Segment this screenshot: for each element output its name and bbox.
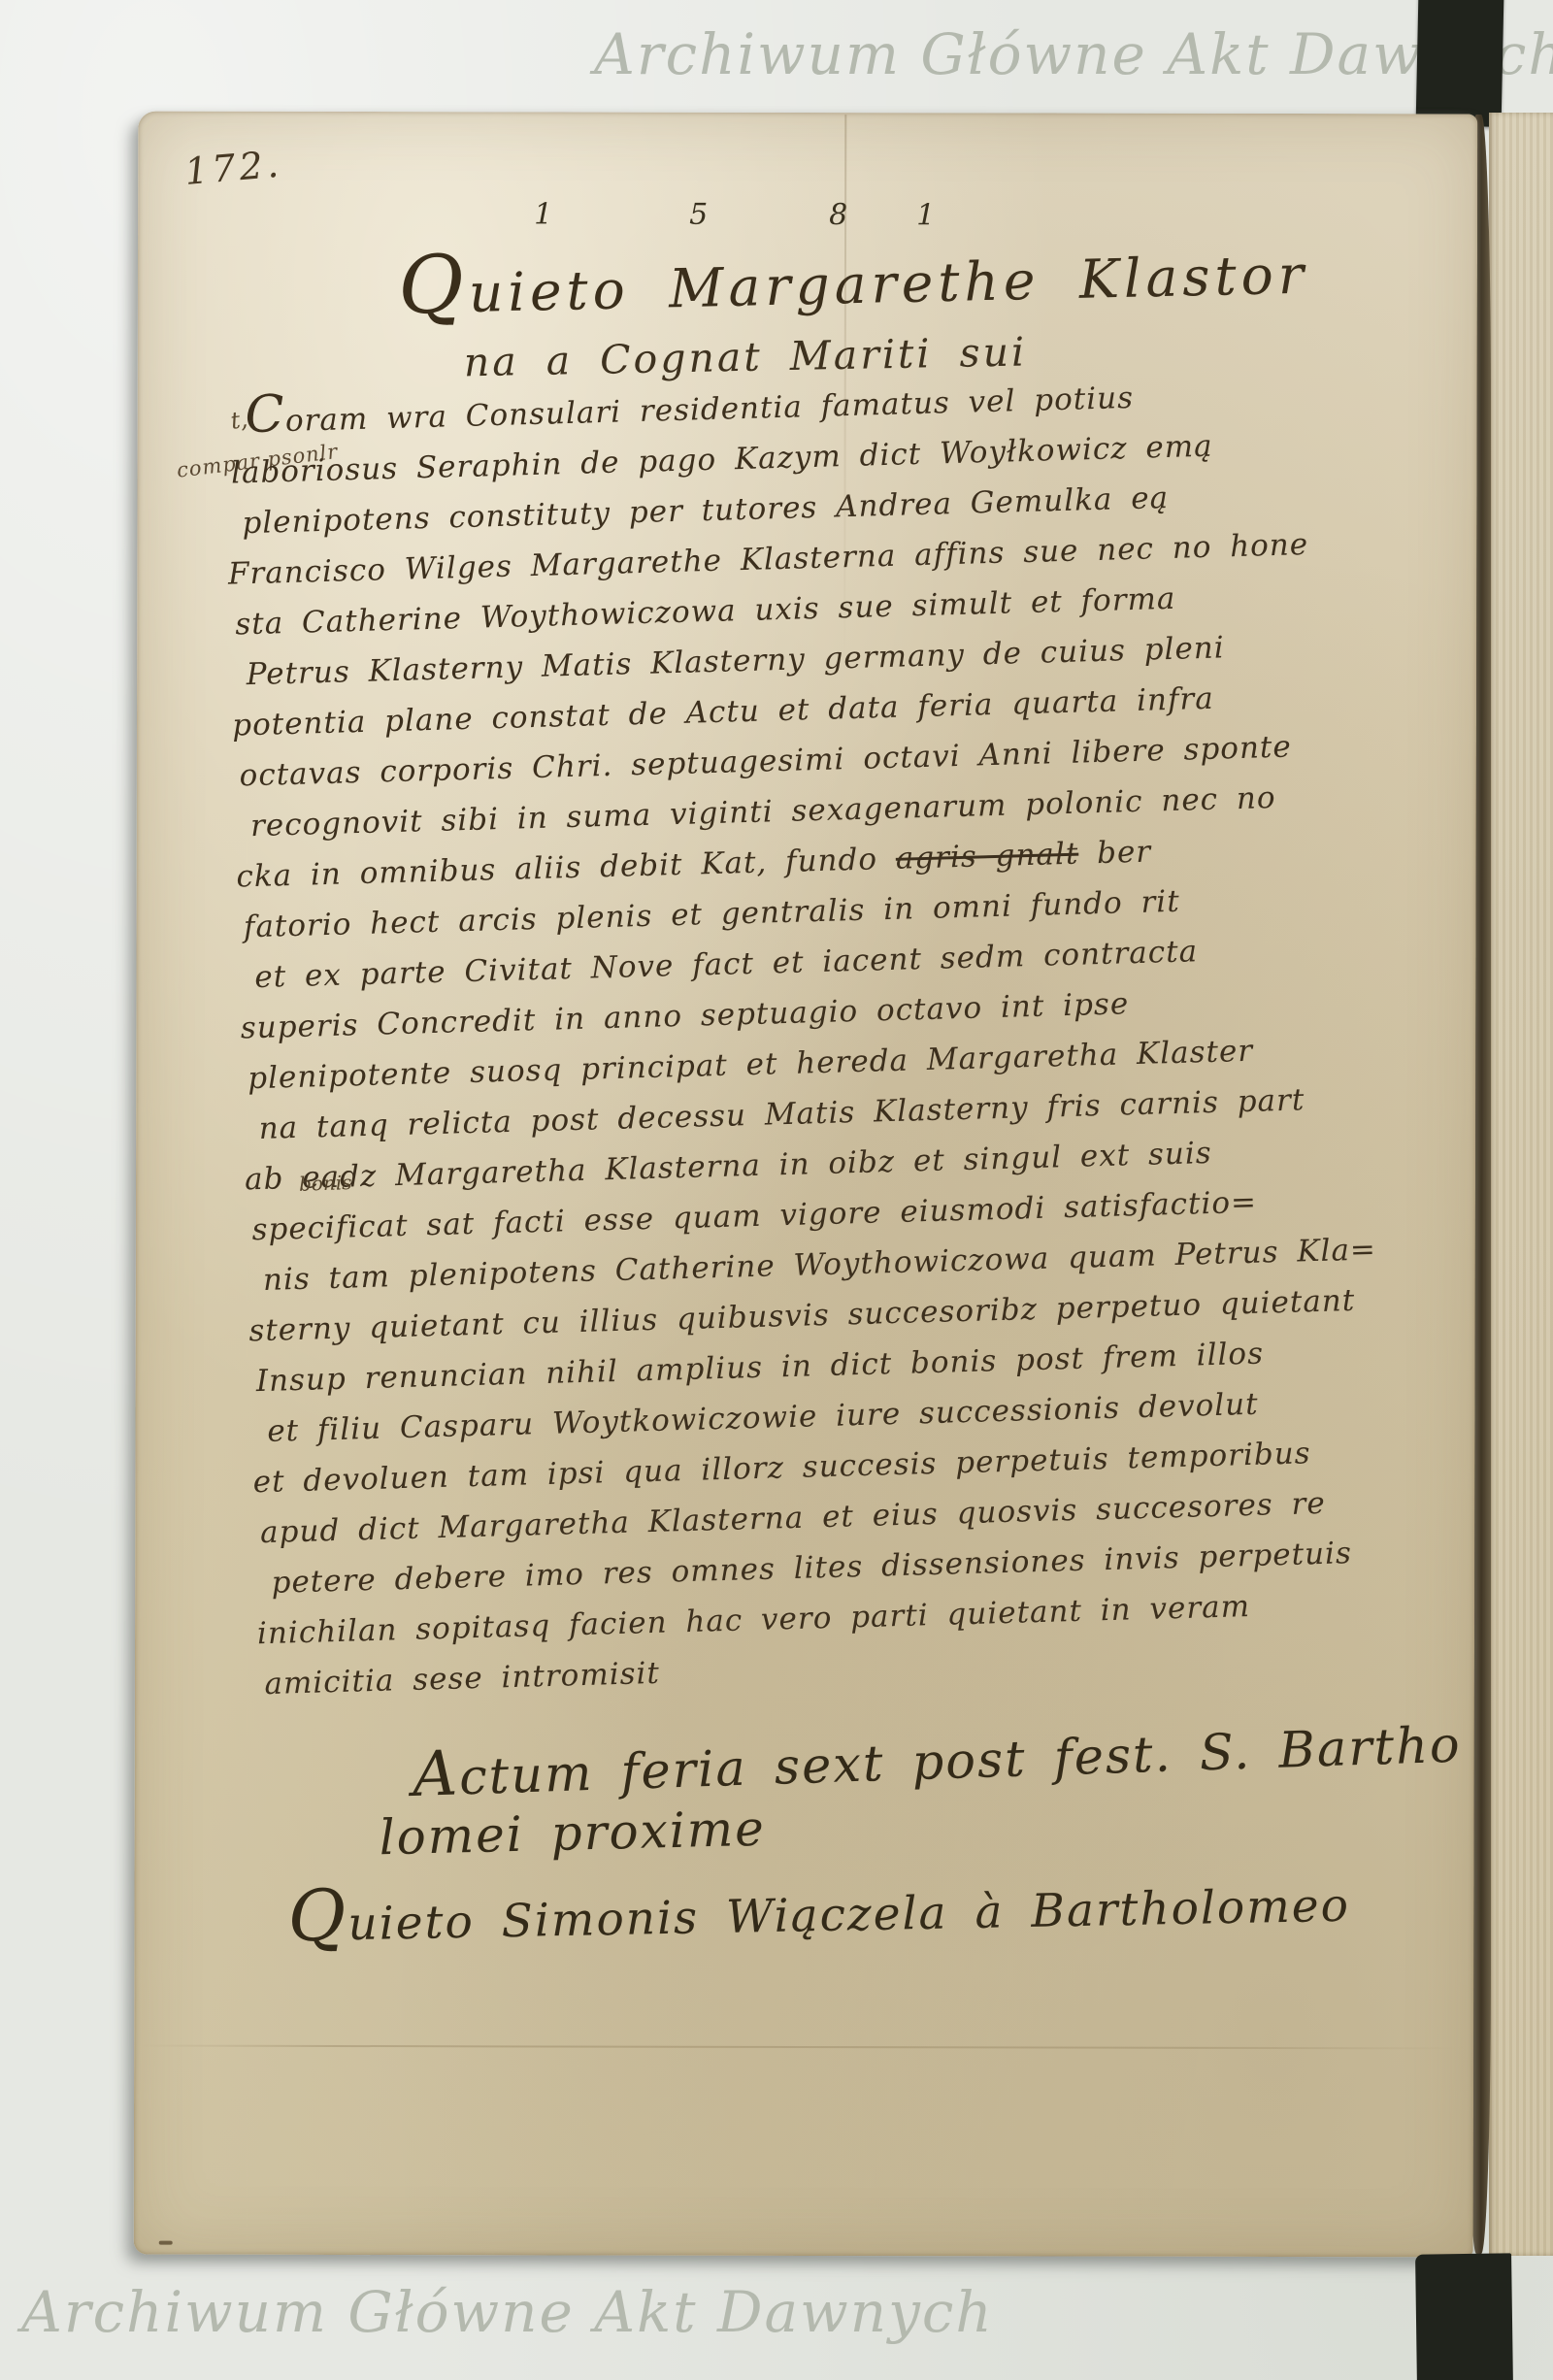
scanned-document: Archiwum Główne Akt Dawnych 172. 1 5 8 1… xyxy=(0,0,1553,2380)
archive-watermark-top: Archiwum Główne Akt Dawnych xyxy=(594,21,1553,87)
entry-title: Quieto Margarethe Klastor xyxy=(397,219,1309,333)
year-digit: 5 xyxy=(689,198,708,232)
closing-date-line2: lomei proxime xyxy=(379,1801,766,1867)
struck-text: agris gnalt xyxy=(895,837,1078,876)
scan-mark-bottom xyxy=(1415,2253,1513,2380)
ink-mark xyxy=(159,2241,173,2245)
closing-entry-line: Quieto Simonis Wiączela à Bartholomeo xyxy=(287,1856,1351,1959)
paper-crease-horizontal xyxy=(140,2045,1460,2050)
scan-mark-top xyxy=(1416,0,1504,127)
archive-watermark-bottom: Archiwum Główne Akt Dawnych xyxy=(21,2279,994,2345)
year-digit: 1 xyxy=(534,197,552,231)
closing-date-line1: Actum feria sext post fest. S. Bartho xyxy=(412,1705,1463,1811)
folio-number: 172. xyxy=(183,143,284,193)
year-digits: 1 5 8 1 xyxy=(138,112,1477,115)
interline-note: bonis xyxy=(299,1171,352,1196)
manuscript-body: Coram wra Consulari residentia famatus v… xyxy=(223,358,1453,1709)
adjacent-page-edge xyxy=(1489,113,1553,2256)
manuscript-page: 172. 1 5 8 1 Quieto Margarethe Klastor n… xyxy=(134,112,1478,2258)
